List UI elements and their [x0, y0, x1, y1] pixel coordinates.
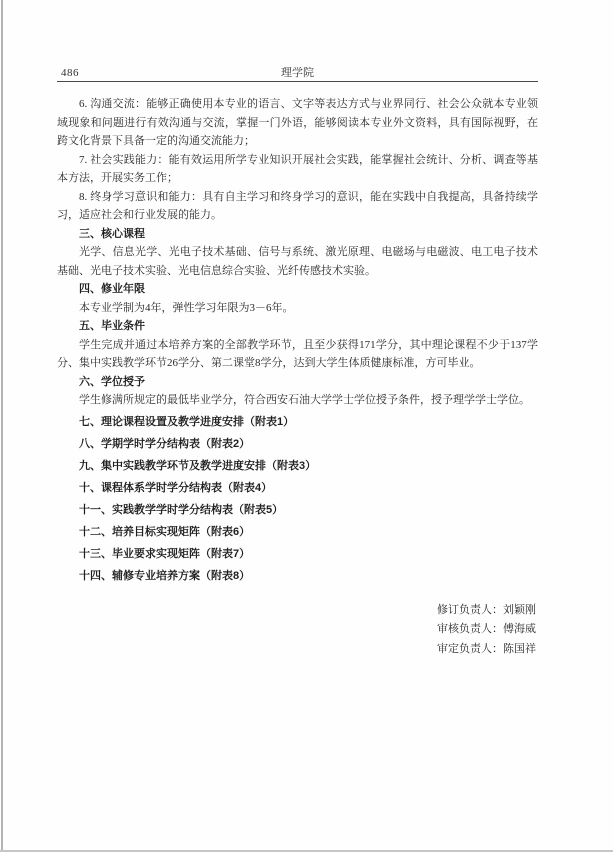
- appendix-heading-list: 七、理论课程设置及教学进度安排（附表1） 八、学期学时学分结构表（附表2） 九、…: [57, 413, 538, 586]
- page-scan-edge-left: [1, 0, 3, 852]
- signature-review: 审核负责人：傅海威: [57, 620, 538, 640]
- appendix-item-2: 八、学期学时学分结构表（附表2）: [57, 435, 538, 454]
- signature-approval: 审定负责人：陈国祥: [57, 640, 538, 660]
- header-title: 理学院: [57, 67, 538, 80]
- page-content: 486 理学院 6. 沟通交流：能够正确使用本专业的语言、文字等表达方式与业界同…: [57, 67, 538, 659]
- appendix-item-6: 十二、培养目标实现矩阵（附表6）: [57, 523, 538, 542]
- document-page: 486 理学院 6. 沟通交流：能够正确使用本专业的语言、文字等表达方式与业界同…: [0, 0, 613, 852]
- degree-conferral-text: 学生修满所规定的最低毕业学分，符合西安石油大学学士学位授予条件，授予理学学士学位…: [57, 391, 538, 410]
- graduation-requirements-text: 学生完成并通过本培养方案的全部教学环节，且至少获得171学分，其中理论课程不少于…: [57, 336, 538, 373]
- section-heading-graduation-requirements: 五、毕业条件: [57, 317, 538, 336]
- appendix-item-7: 十三、毕业要求实现矩阵（附表7）: [57, 545, 538, 564]
- core-courses-text: 光学、信息光学、光电子技术基础、信号与系统、激光原理、电磁场与电磁波、电工电子技…: [57, 243, 538, 280]
- paragraph-social-practice: 7. 社会实践能力：能有效运用所学专业知识开展社会实践，能掌握社会统计、分析、调…: [57, 151, 538, 188]
- running-header: 486 理学院: [57, 67, 538, 82]
- body-text: 6. 沟通交流：能够正确使用本专业的语言、文字等表达方式与业界同行、社会公众就本…: [57, 95, 538, 659]
- signature-revision: 修订负责人：刘颖刚: [57, 601, 538, 621]
- appendix-item-8: 十四、辅修专业培养方案（附表8）: [57, 567, 538, 586]
- paragraph-lifelong-learning: 8. 终身学习意识和能力：具有自主学习和终身学习的意识，能在实践中自我提高，具备…: [57, 188, 538, 225]
- section-heading-study-duration: 四、修业年限: [57, 280, 538, 299]
- appendix-item-3: 九、集中实践教学环节及教学进度安排（附表3）: [57, 457, 538, 476]
- paragraph-communication: 6. 沟通交流：能够正确使用本专业的语言、文字等表达方式与业界同行、社会公众就本…: [57, 95, 538, 151]
- appendix-item-4: 十、课程体系学时学分结构表（附表4）: [57, 479, 538, 498]
- section-heading-core-courses: 三、核心课程: [57, 225, 538, 244]
- section-heading-degree-conferral: 六、学位授予: [57, 373, 538, 392]
- appendix-item-1: 七、理论课程设置及教学进度安排（附表1）: [57, 413, 538, 432]
- signature-block: 修订负责人：刘颖刚 审核负责人：傅海威 审定负责人：陈国祥: [57, 601, 538, 660]
- appendix-item-5: 十一、实践教学学时学分结构表（附表5）: [57, 501, 538, 520]
- study-duration-text: 本专业学制为4年，弹性学习年限为3－6年。: [57, 299, 538, 318]
